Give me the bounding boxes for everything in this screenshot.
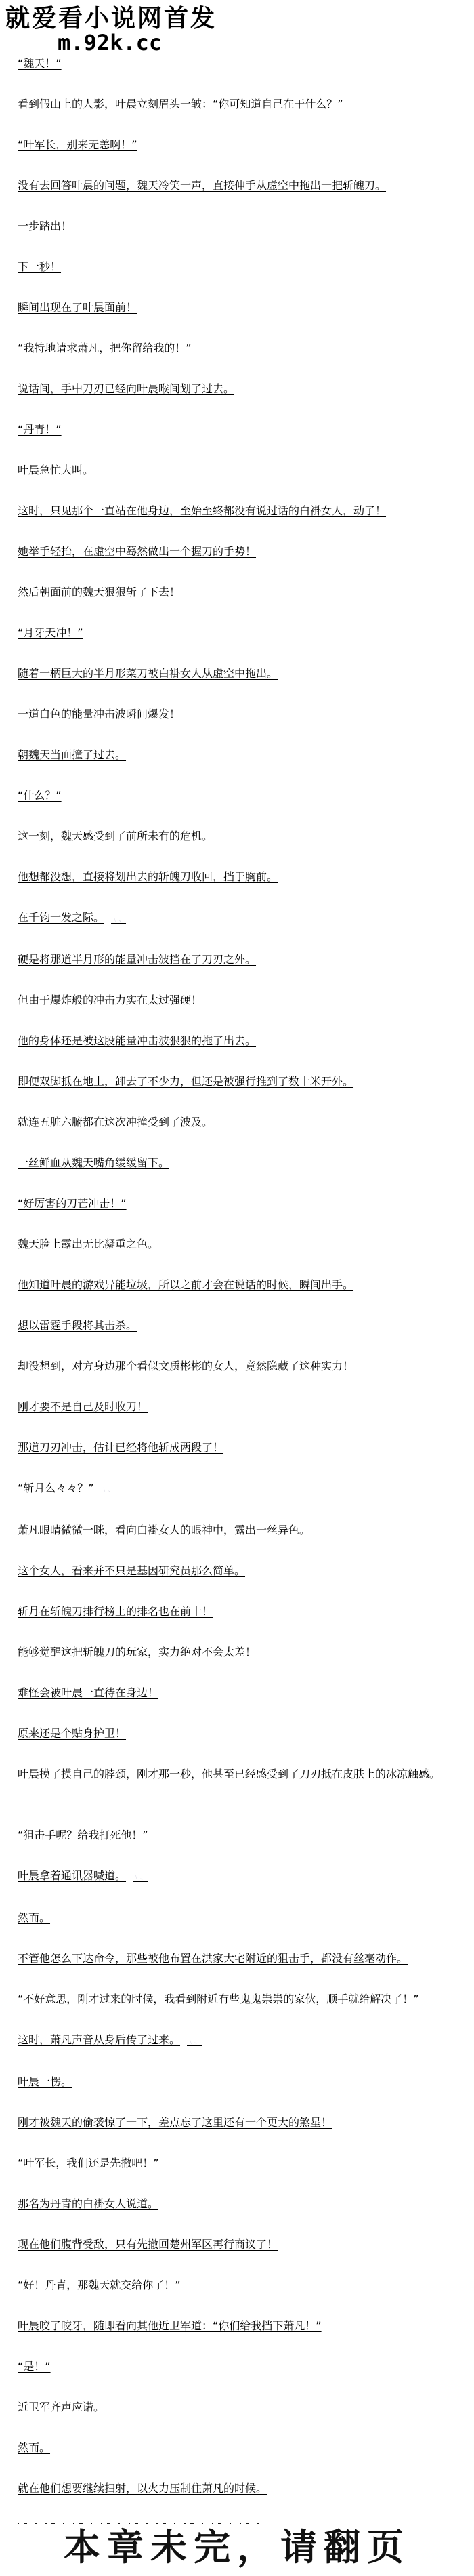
paragraph: “狙击手呢？给我打死他！”	[18, 1828, 474, 1842]
paragraph: “好厉害的刀芒冲击！”	[18, 1197, 474, 1210]
paragraph: 他的身体还是被这股能量冲击波狠狠的拖了出去。	[18, 1034, 474, 1048]
paragraph: “丹青！”	[18, 423, 474, 436]
paragraph: 能够觉醒这把斩魄刀的玩家，实力绝对不会太差！	[18, 1645, 474, 1659]
paragraph: 萧凡眼睛微微一眯，看向白褂女人的眼神中，露出一丝异色。	[18, 1524, 474, 1537]
paragraph: 朝魏天当面撞了过去。	[18, 748, 474, 762]
paragraph: 一道白色的能量冲击波瞬间爆发！	[18, 708, 474, 721]
paragraph: 随着一柄巨大的半月形菜刀被白褂女人从虚空中拖出。	[18, 667, 474, 680]
paragraph: “好！丹青，那魏天就交给你了！”	[18, 2278, 474, 2292]
paragraph: 她举手轻抬，在虚空中蓦然做出一个握刀的手势！	[18, 545, 474, 558]
paragraph: 在千钧一发之际。	[18, 911, 474, 926]
paragraph: 刚才要不是自己及时收刀！	[18, 1400, 474, 1414]
paragraph: 难怪会被叶晨一直待在身边！	[18, 1686, 474, 1700]
paragraph: 魏天脸上露出无比凝重之色。	[18, 1238, 474, 1251]
paragraph: “月牙天冲！”	[18, 626, 474, 640]
paragraph: 这时，萧凡声音从身后传了过来。	[18, 2033, 474, 2048]
paragraph: 就连五脏六腑都在这次冲撞受到了波及。	[18, 1116, 474, 1129]
paragraph: 叶晨拿着通讯器喊道。	[18, 1869, 474, 1884]
paragraph: 然而。	[18, 1911, 474, 1925]
paragraph: 瞬间出现在了叶晨面前！	[18, 301, 474, 314]
paragraph: 然而。	[18, 2441, 474, 2455]
paragraph: 即便双脚抵在地上，卸去了不少力，但还是被强行推到了数十米开外。	[18, 1075, 474, 1088]
paragraph: 看到假山上的人影，叶晨立刻眉头一皱：“你可知道自己在干什么？”	[18, 98, 474, 111]
paragraph: 那名为丹青的白褂女人说道。	[18, 2197, 474, 2211]
paragraph: “叶军长，我们还是先撤吧！”	[18, 2156, 474, 2170]
paragraph: 叶晨急忙大叫。	[18, 464, 474, 477]
paragraph: 他想都没想，直接将划出去的斩魄刀收回，挡于胸前。	[18, 870, 474, 884]
paragraph: “我特地请求萧凡，把你留给我的！”	[18, 342, 474, 355]
paragraph: 他知道叶晨的游戏异能垃圾，所以之前才会在说话的时候，瞬间出手。	[18, 1278, 474, 1292]
paragraph: 下一秒！	[18, 260, 474, 274]
paragraph: 那道刀刃冲击，估计已经将他斩成两段了！	[18, 1441, 474, 1454]
site-url: m.92k.cc	[58, 33, 474, 53]
paragraph: 这个女人，看来并不只是基因研究员那么简单。	[18, 1564, 474, 1578]
page-turn-notice: 本章未完，请翻页	[0, 2522, 474, 2573]
paragraph: 一丝鲜血从魏天嘴角缓缓留下。	[18, 1156, 474, 1170]
paragraph: 叶晨摸了摸自己的脖颈，刚才那一秒，他甚至已经感受到了刀刃抵在皮肤上的冰凉触感。	[18, 1767, 474, 1781]
paragraph: “什么？”	[18, 789, 474, 802]
paragraph: “是！”	[18, 2360, 474, 2373]
paragraph: 但由于爆炸般的冲击力实在太过强硬！	[18, 994, 474, 1007]
paragraph: 叶晨一愣。	[18, 2075, 474, 2089]
paragraph: 原来还是个贴身护卫！	[18, 1727, 474, 1740]
paragraph: 然后朝面前的魏天狠狠斩了下去！	[18, 586, 474, 599]
paragraph: 现在他们腹背受敌，只有先撤回楚州军区再行商议了！	[18, 2238, 474, 2251]
paragraph-gap	[0, 1808, 474, 1828]
paragraph: “魏天！”	[18, 57, 474, 70]
paragraph: 斩月在斩魄刀排行榜上的排名也在前十！	[18, 1605, 474, 1618]
paragraph: 说话间，手中刀刃已经向叶晨喉间划了过去。	[18, 382, 474, 396]
paragraph: “斩月么々々？”	[18, 1481, 474, 1496]
paragraph: 这时，只见那个一直站在他身边，至始至终都没有说过话的白褂女人，动了！	[18, 504, 474, 518]
paragraph: “不好意思，刚才过来的时候，我看到附近有些鬼鬼祟祟的家伙，顺手就给解决了！”	[18, 1992, 474, 2006]
site-name: 就爱看小说网首发	[5, 4, 474, 33]
chapter-content: “魏天！”看到假山上的人影，叶晨立刻眉头一皱：“你可知道自己在干什么？”“叶军长…	[0, 57, 474, 2495]
paragraph: 叶晨咬了咬牙，随即看向其他近卫军道：“你们给我挡下萧凡！”	[18, 2319, 474, 2333]
paragraph: 这一刻，魏天感受到了前所未有的危机。	[18, 830, 474, 843]
paragraph: 近卫军齐声应诺。	[18, 2400, 474, 2414]
site-header: 就爱看小说网首发 m.92k.cc	[0, 0, 474, 53]
paragraph: “叶军长，别来无恙啊！”	[18, 138, 474, 152]
paragraph: 就在他们想要继续扫射，以火力压制住萧凡的时候。	[18, 2482, 474, 2495]
paragraph: 想以雷霆手段将其击杀。	[18, 1319, 474, 1332]
paragraph: 没有去回答叶晨的问题，魏天冷笑一声，直接伸手从虚空中拖出一把斩魄刀。	[18, 179, 474, 192]
paragraph: 硬是将那道半月形的能量冲击波挡在了刀刃之外。	[18, 953, 474, 966]
paragraph: 不管他怎么下达命令，那些被他布置在洪家大宅附近的狙击手，都没有丝毫动作。	[18, 1952, 474, 1965]
paragraph: 一步踏出！	[18, 220, 474, 233]
paragraph: 却没想到，对方身边那个看似文质彬彬的女人，竟然隐藏了这种实力！	[18, 1359, 474, 1373]
paragraph: 刚才被魏天的偷袭惊了一下，差点忘了这里还有一个更大的煞星！	[18, 2116, 474, 2129]
